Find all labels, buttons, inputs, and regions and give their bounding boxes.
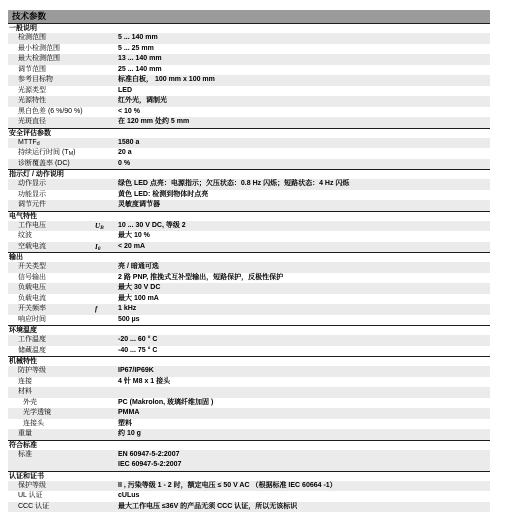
row-label: 材料 (8, 387, 95, 398)
row-symbol (95, 366, 118, 377)
spec-row: 开关类型 亮 / 暗通可选 (8, 262, 490, 273)
row-value: 红外光，调制光 (118, 96, 490, 107)
row-label: 空载电流 (8, 242, 95, 253)
row-symbol (95, 148, 118, 159)
row-symbol: UB (95, 221, 118, 232)
spec-row: 开关频率 f 1 kHz (8, 304, 490, 315)
row-value: 1 kHz (118, 304, 490, 315)
row-label: 工作温度 (8, 335, 95, 346)
row-value: 最大 100 mA (118, 294, 490, 305)
row-label: 储藏温度 (8, 346, 95, 357)
row-symbol (95, 491, 118, 502)
row-value: -20 ... 60 ° C (118, 335, 490, 346)
row-label: 调节元件 (8, 200, 95, 211)
row-label: 纹波 (8, 231, 95, 242)
spec-row: 空载电流 I0 < 20 mA (8, 242, 490, 253)
spec-row: 负载电流 最大 100 mA (8, 294, 490, 305)
row-label: 最大检测范围 (8, 54, 95, 65)
section-header: 指示灯 / 动作说明 (8, 169, 490, 179)
row-symbol (95, 96, 118, 107)
spec-row: 响应时间 500 µs (8, 315, 490, 326)
spec-row: 诊断覆盖率 (DC) 0 % (8, 159, 490, 170)
spec-section: 环境温度 工作温度 -20 ... 60 ° C 储藏温度 -40 ... 75… (8, 325, 490, 356)
spec-section: 认证和证书 保护等级 II , 污染等级 1 - 2 时，额定电压 ≤ 50 V… (8, 471, 490, 513)
row-value: < 20 mA (118, 242, 490, 253)
row-symbol (95, 419, 118, 430)
section-rows: MTTFd 1580 a 持续运行时间 (TM) 20 a 诊断覆盖率 (DC)… (8, 138, 490, 170)
row-label: 防护等级 (8, 366, 95, 377)
spec-row: UL 认证 cULus (8, 491, 490, 502)
section-header: 电气特性 (8, 211, 490, 221)
row-value: < 10 % (118, 107, 490, 118)
row-value: 500 µs (118, 315, 490, 326)
section-rows: 标准 EN 60947-5-2:2007IEC 60947-5-2:2007 (8, 450, 490, 471)
row-value: II , 污染等级 1 - 2 时，额定电压 ≤ 50 V AC （根据标准 I… (118, 481, 490, 492)
spec-row: 连接头 塑料 (8, 419, 490, 430)
row-label: 光源类型 (8, 86, 95, 97)
spec-row: 重量 约 10 g (8, 429, 490, 440)
row-symbol (95, 54, 118, 65)
spec-row: 动作显示 绿色 LED 点亮：电源指示；欠压状态：0.8 Hz 闪烁；短路状态：… (8, 179, 490, 190)
row-label: 连接头 (8, 419, 95, 430)
spec-row: 调节元件 灵敏度调节器 (8, 200, 490, 211)
row-symbol (95, 429, 118, 440)
row-label: 诊断覆盖率 (DC) (8, 159, 95, 170)
row-label: 光学透镜 (8, 408, 95, 419)
spec-section: 电气特性 工作电压 UB 10 ... 30 V DC, 等级 2 纹波 最大 … (8, 211, 490, 253)
row-symbol (95, 315, 118, 326)
row-label: 负载电压 (8, 283, 95, 294)
row-label: 外壳 (8, 398, 95, 409)
row-symbol (95, 283, 118, 294)
section-header: 认证和证书 (8, 471, 490, 481)
section-header: 安全评估参数 (8, 128, 490, 138)
section-rows: 工作电压 UB 10 ... 30 V DC, 等级 2 纹波 最大 10 % … (8, 221, 490, 253)
spec-row: 参考目标物 标准白板， 100 mm x 100 mm (8, 75, 490, 86)
row-label: 功能显示 (8, 190, 95, 201)
row-label: 响应时间 (8, 315, 95, 326)
row-value: -40 ... 75 ° C (118, 346, 490, 357)
spec-row: 光源特性 红外光，调制光 (8, 96, 490, 107)
row-label: 光源特性 (8, 96, 95, 107)
section-rows: 保护等级 II , 污染等级 1 - 2 时，额定电压 ≤ 50 V AC （根… (8, 481, 490, 513)
datasheet-page: 技术参数 一般说明 检测范围 5 ... 140 mm 最小检测范围 5 ...… (8, 10, 490, 512)
row-value: PC (Makrolon, 玻璃纤维加固 ) (118, 398, 490, 409)
row-value: 13 ... 140 mm (118, 54, 490, 65)
spec-row: 纹波 最大 10 % (8, 231, 490, 242)
row-symbol (95, 190, 118, 201)
row-value: 25 ... 140 mm (118, 65, 490, 76)
row-value: 0 % (118, 159, 490, 170)
row-label: 持续运行时间 (TM) (8, 148, 95, 159)
row-symbol: I0 (95, 242, 118, 253)
row-label: 黑白色差 (6 %/90 %) (8, 107, 95, 118)
spec-row: 持续运行时间 (TM) 20 a (8, 148, 490, 159)
row-symbol (95, 33, 118, 44)
row-label: CCC 认证 (8, 502, 95, 513)
section-header: 输出 (8, 252, 490, 262)
spec-section: 输出 开关类型 亮 / 暗通可选 信号输出 2 路 PNP, 推挽式互补型输出，… (8, 252, 490, 325)
row-symbol (95, 408, 118, 419)
row-label: 标准 (8, 450, 95, 471)
row-symbol: f (95, 304, 118, 315)
row-value: 标准白板， 100 mm x 100 mm (118, 75, 490, 86)
row-symbol (95, 294, 118, 305)
row-label: 工作电压 (8, 221, 95, 232)
page-title: 技术参数 (8, 10, 490, 23)
row-symbol (95, 450, 118, 471)
row-value: 5 ... 25 mm (118, 44, 490, 55)
spec-row: MTTFd 1580 a (8, 138, 490, 149)
row-symbol (95, 75, 118, 86)
row-label: 参考目标物 (8, 75, 95, 86)
row-value: cULus (118, 491, 490, 502)
spec-row: 保护等级 II , 污染等级 1 - 2 时，额定电压 ≤ 50 V AC （根… (8, 481, 490, 492)
row-value: 绿色 LED 点亮：电源指示；欠压状态：0.8 Hz 闪烁；短路状态：4 Hz … (118, 179, 490, 190)
spec-row: 检测范围 5 ... 140 mm (8, 33, 490, 44)
row-value: 亮 / 暗通可选 (118, 262, 490, 273)
row-symbol (95, 179, 118, 190)
spec-row: 标准 EN 60947-5-2:2007IEC 60947-5-2:2007 (8, 450, 490, 471)
spec-row: 信号输出 2 路 PNP, 推挽式互补型输出，短路保护，反极性保护 (8, 273, 490, 284)
spec-row: 连接 4 针 M8 x 1 接头 (8, 377, 490, 388)
row-label: 光斑直径 (8, 117, 95, 128)
row-value: 4 针 M8 x 1 接头 (118, 377, 490, 388)
row-symbol (95, 273, 118, 284)
row-value: 20 a (118, 148, 490, 159)
row-symbol (95, 65, 118, 76)
spec-row: 光源类型 LED (8, 86, 490, 97)
spec-row: 工作电压 UB 10 ... 30 V DC, 等级 2 (8, 221, 490, 232)
spec-section: 指示灯 / 动作说明 动作显示 绿色 LED 点亮：电源指示；欠压状态：0.8 … (8, 169, 490, 211)
spec-row: 最大检测范围 13 ... 140 mm (8, 54, 490, 65)
row-symbol (95, 200, 118, 211)
row-symbol (95, 335, 118, 346)
row-symbol (95, 481, 118, 492)
row-value: 约 10 g (118, 429, 490, 440)
row-symbol (95, 107, 118, 118)
row-label: 开关类型 (8, 262, 95, 273)
row-symbol (95, 44, 118, 55)
row-value: 在 120 mm 处约 5 mm (118, 117, 490, 128)
row-label: 开关频率 (8, 304, 95, 315)
spec-section: 安全评估参数 MTTFd 1580 a 持续运行时间 (TM) 20 a 诊断覆… (8, 128, 490, 170)
spec-row: 外壳 PC (Makrolon, 玻璃纤维加固 ) (8, 398, 490, 409)
spec-row: 材料 (8, 387, 490, 398)
row-symbol (95, 502, 118, 513)
spec-section: 机械特性 防护等级 IP67/IP69K 连接 4 针 M8 x 1 接头 材料… (8, 356, 490, 440)
row-value: 最大工作电压 ≤36V 的产品无须 CCC 认证，所以无该标识 (118, 502, 490, 513)
row-label: 动作显示 (8, 179, 95, 190)
row-value: 5 ... 140 mm (118, 33, 490, 44)
row-label: 保护等级 (8, 481, 95, 492)
spec-row: 调节范围 25 ... 140 mm (8, 65, 490, 76)
section-header: 符合标准 (8, 440, 490, 450)
row-label: 最小检测范围 (8, 44, 95, 55)
spec-row: 光学透镜 PMMA (8, 408, 490, 419)
row-value: LED (118, 86, 490, 97)
spec-row: 黑白色差 (6 %/90 %) < 10 % (8, 107, 490, 118)
row-value: 灵敏度调节器 (118, 200, 490, 211)
spec-row: 储藏温度 -40 ... 75 ° C (8, 346, 490, 357)
section-header: 环境温度 (8, 325, 490, 335)
row-symbol (95, 262, 118, 273)
row-value: 最大 30 V DC (118, 283, 490, 294)
row-value: 10 ... 30 V DC, 等级 2 (118, 221, 490, 232)
spec-section: 一般说明 检测范围 5 ... 140 mm 最小检测范围 5 ... 25 m… (8, 23, 490, 128)
section-rows: 检测范围 5 ... 140 mm 最小检测范围 5 ... 25 mm 最大检… (8, 33, 490, 128)
row-value: 塑料 (118, 419, 490, 430)
row-value: IP67/IP69K (118, 366, 490, 377)
row-label: 连接 (8, 377, 95, 388)
section-rows: 开关类型 亮 / 暗通可选 信号输出 2 路 PNP, 推挽式互补型输出，短路保… (8, 262, 490, 325)
spec-row: 光斑直径 在 120 mm 处约 5 mm (8, 117, 490, 128)
spec-row: 防护等级 IP67/IP69K (8, 366, 490, 377)
row-value (118, 387, 490, 398)
row-symbol (95, 159, 118, 170)
row-value: 黄色 LED: 检测到物体时点亮 (118, 190, 490, 201)
row-value: EN 60947-5-2:2007IEC 60947-5-2:2007 (118, 450, 490, 471)
row-label: 检测范围 (8, 33, 95, 44)
row-symbol (95, 346, 118, 357)
row-symbol (95, 231, 118, 242)
row-label: 重量 (8, 429, 95, 440)
row-value: 1580 a (118, 138, 490, 149)
row-symbol (95, 398, 118, 409)
row-label: 调节范围 (8, 65, 95, 76)
row-label: 负载电流 (8, 294, 95, 305)
spec-sections: 一般说明 检测范围 5 ... 140 mm 最小检测范围 5 ... 25 m… (8, 23, 490, 512)
section-header: 一般说明 (8, 23, 490, 33)
spec-row: CCC 认证 最大工作电压 ≤36V 的产品无须 CCC 认证，所以无该标识 (8, 502, 490, 513)
row-symbol (95, 387, 118, 398)
section-rows: 工作温度 -20 ... 60 ° C 储藏温度 -40 ... 75 ° C (8, 335, 490, 356)
spec-row: 功能显示 黄色 LED: 检测到物体时点亮 (8, 190, 490, 201)
row-symbol (95, 138, 118, 149)
row-value: 2 路 PNP, 推挽式互补型输出，短路保护，反极性保护 (118, 273, 490, 284)
row-symbol (95, 377, 118, 388)
row-label: UL 认证 (8, 491, 95, 502)
row-label: MTTFd (8, 138, 95, 149)
section-header: 机械特性 (8, 356, 490, 366)
spec-row: 工作温度 -20 ... 60 ° C (8, 335, 490, 346)
section-rows: 动作显示 绿色 LED 点亮：电源指示；欠压状态：0.8 Hz 闪烁；短路状态：… (8, 179, 490, 211)
spec-section: 符合标准 标准 EN 60947-5-2:2007IEC 60947-5-2:2… (8, 440, 490, 471)
section-rows: 防护等级 IP67/IP69K 连接 4 针 M8 x 1 接头 材料 外壳 P… (8, 366, 490, 440)
row-symbol (95, 117, 118, 128)
row-value: 最大 10 % (118, 231, 490, 242)
row-symbol (95, 86, 118, 97)
row-label: 信号输出 (8, 273, 95, 284)
spec-row: 最小检测范围 5 ... 25 mm (8, 44, 490, 55)
spec-row: 负载电压 最大 30 V DC (8, 283, 490, 294)
row-value: PMMA (118, 408, 490, 419)
